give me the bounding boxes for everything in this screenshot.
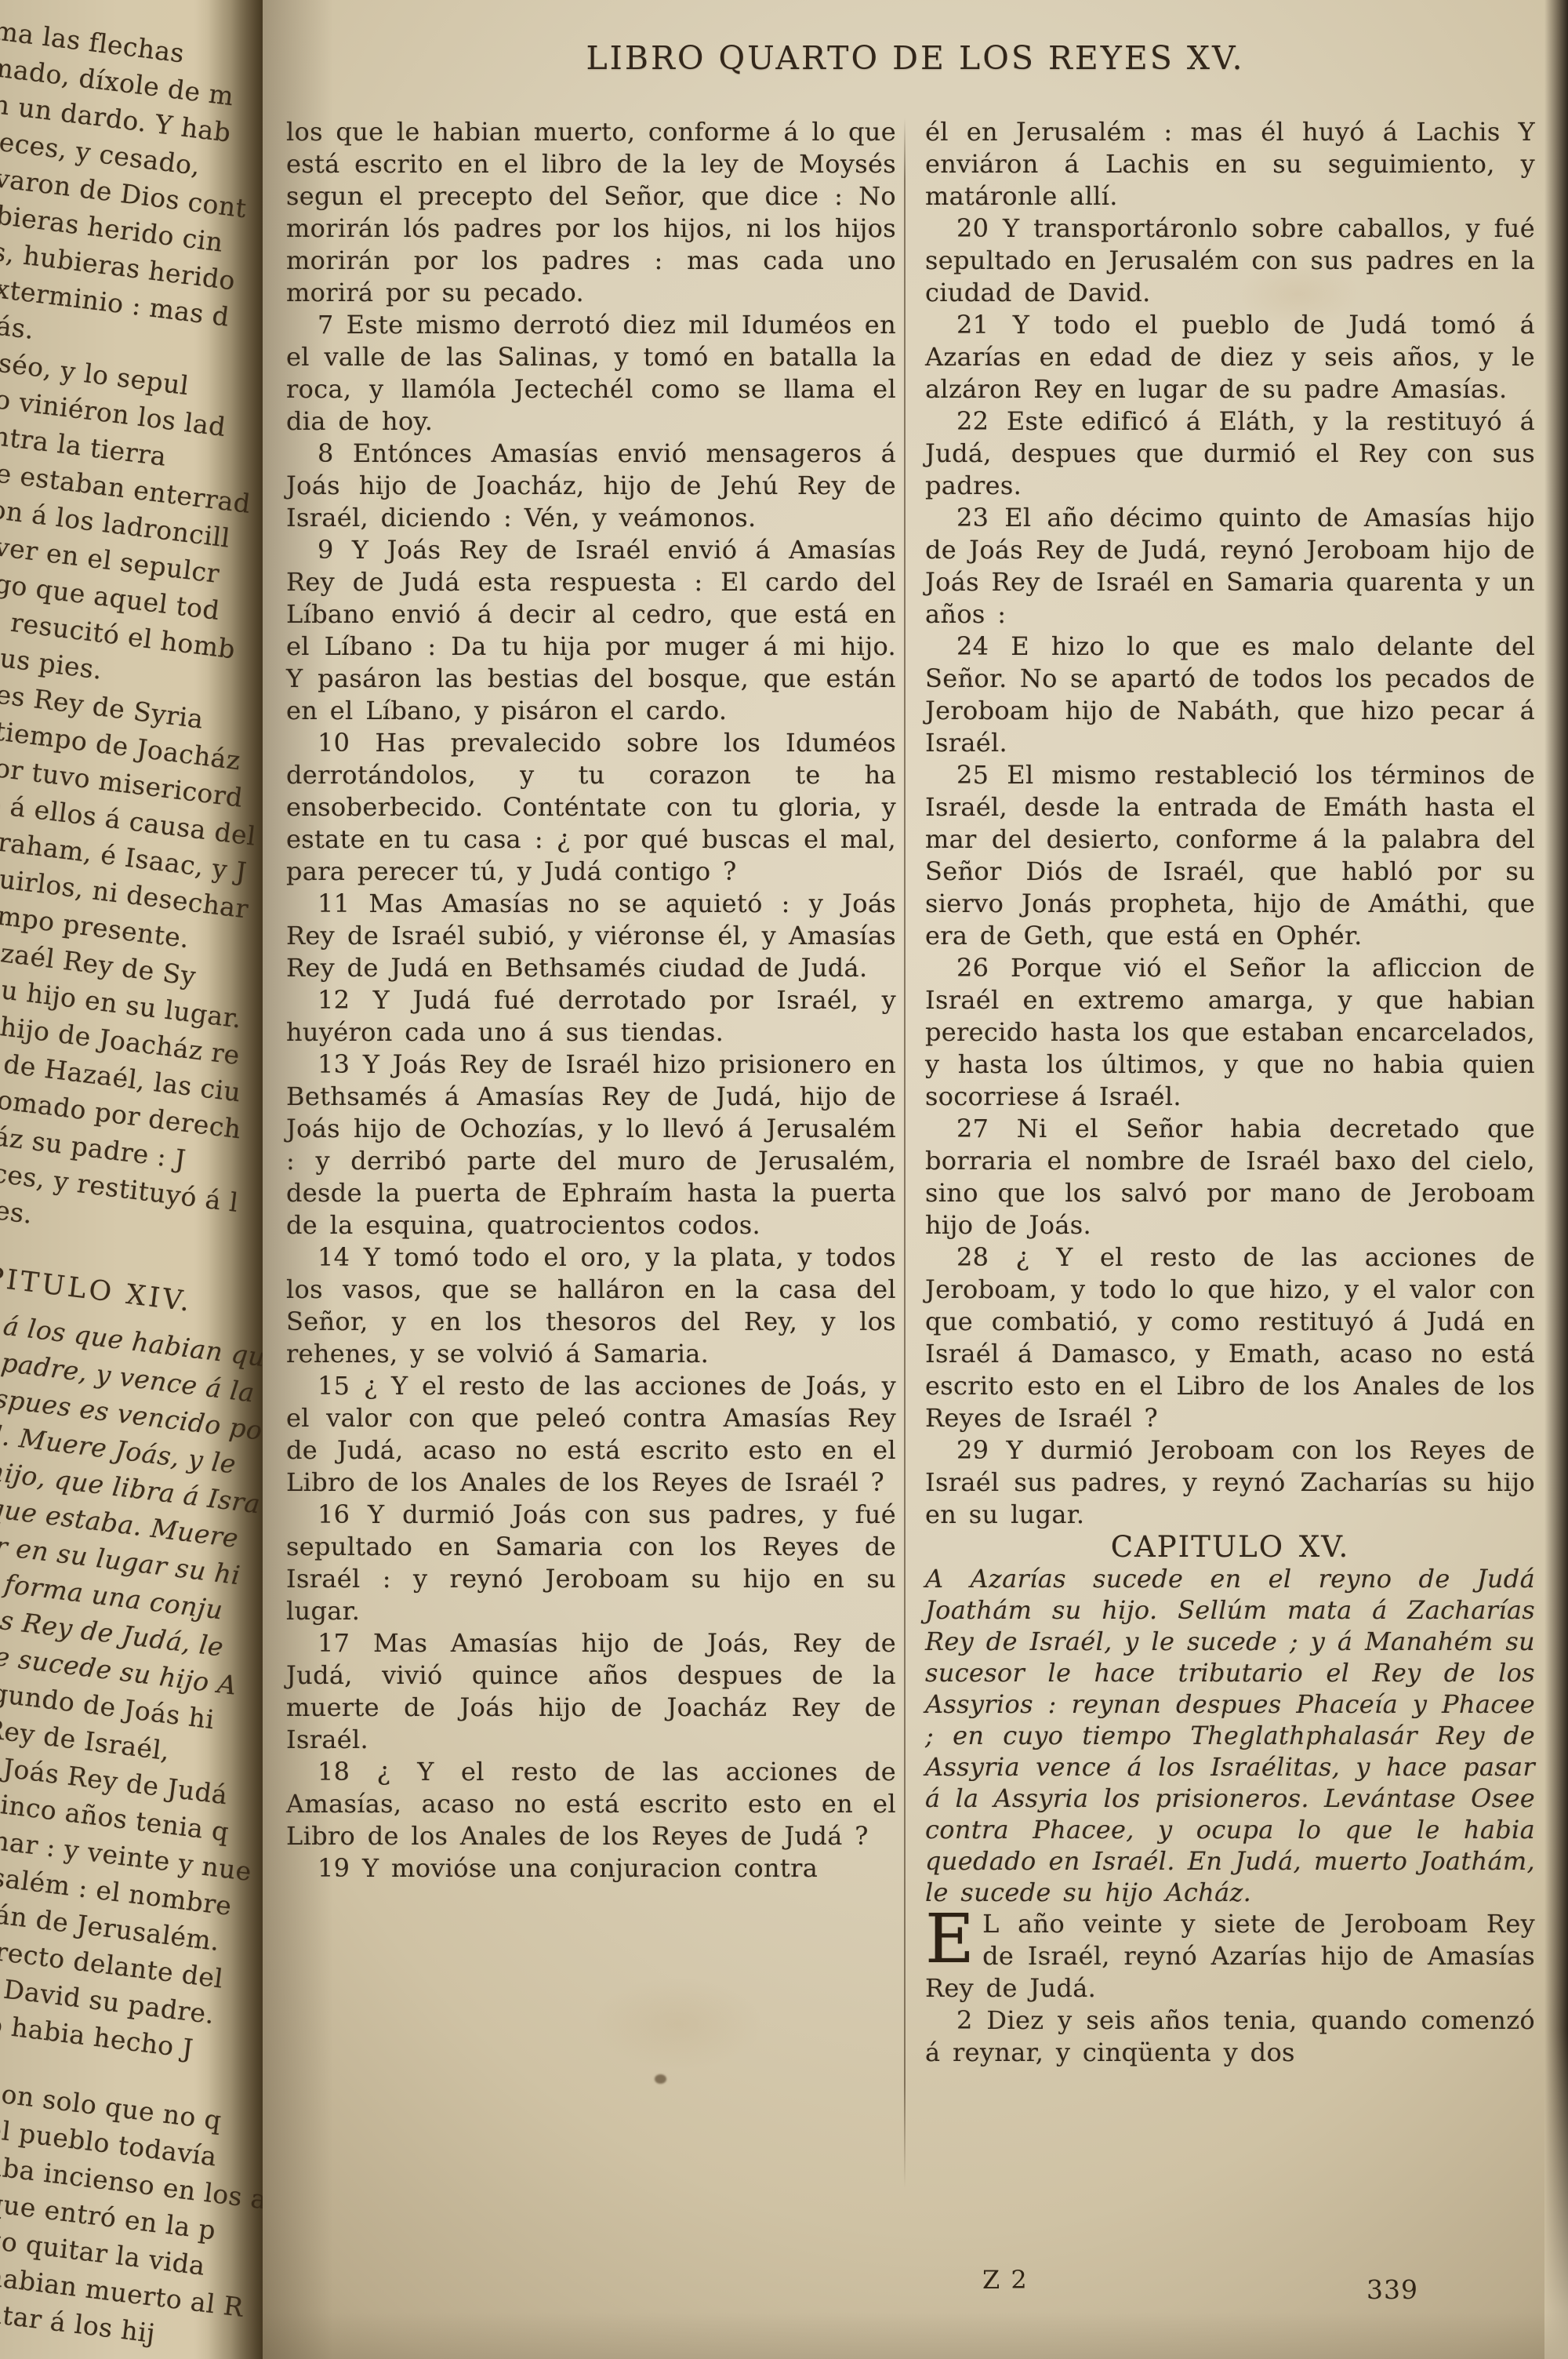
verse-paragraph: 24 E hizo lo que es malo delante del Señ… [925,631,1535,759]
verse-paragraph: 12 Y Judá fué derrotado por Israél, y hu… [286,984,896,1049]
left-column: los que le habian muerto, conforme á lo … [286,116,896,1885]
verse-paragraph: 18 ¿ Y el resto de las acciones de Amasí… [286,1756,896,1852]
drop-cap-initial: E [925,1912,975,1967]
verse-paragraph: él en Jerusalém : mas él huyó á Lachis Y… [925,116,1535,213]
chapter-heading: CAPITULO XV. [925,1531,1535,1563]
verse-paragraph: 25 El mismo restableció los términos de … [925,759,1535,952]
verse-paragraph-dropcap: EL año veinte y siete de Jeroboam Rey de… [925,1908,1535,2005]
verse-paragraph: 22 Este edificó á Eláth, y la restituyó … [925,405,1535,502]
signature-mark: Z 2 [982,2265,1029,2295]
book-page-scan: Toma las flechastomado, díxole de mcon u… [0,0,1568,2359]
drop-cap-text: L año veinte y siete de Jeroboam Rey de … [925,1909,1535,2003]
verse-paragraph: 26 Porque vió el Señor la afliccion de I… [925,952,1535,1113]
verse-paragraph: 21 Y todo el pueblo de Judá tomó á Azarí… [925,309,1535,405]
verse-paragraph: 13 Y Joás Rey de Israél hizo prisionero … [286,1049,896,1241]
binding-shadow [1544,0,1568,2359]
prev-page-text-line: APITULO XIV. [0,1259,194,1318]
verse-paragraph: 9 Y Joás Rey de Israél envió á Amasías R… [286,534,896,727]
verse-paragraph: 28 ¿ Y el resto de las acciones de Jerob… [925,1241,1535,1434]
page-surface: LIBRO QUARTO DE LOS REYES XV. los que le… [263,0,1568,2359]
verse-paragraph: 16 Y durmió Joás con sus padres, y fué s… [286,1499,896,1627]
verse-paragraph: 11 Mas Amasías no se aquietó : y Joás Re… [286,888,896,984]
previous-page-edge: Toma las flechastomado, díxole de mcon u… [0,0,263,2359]
verse-paragraph: los que le habian muerto, conforme á lo … [286,116,896,309]
running-header: LIBRO QUARTO DE LOS REYES XV. [263,39,1568,77]
verse-paragraph: 20 Y transportáronlo sobre caballos, y f… [925,213,1535,309]
paper-stain [592,1976,764,2070]
verse-paragraph: 14 Y tomó todo el oro, y la plata, y tod… [286,1241,896,1370]
right-column-verses: él en Jerusalém : mas él huyó á Lachis Y… [925,116,1535,1531]
prev-page-text-line: ades. [0,1190,34,1230]
right-column: él en Jerusalém : mas él huyó á Lachis Y… [925,116,1535,2069]
verse-paragraph: 15 ¿ Y el resto de las acciones de Joás,… [286,1370,896,1499]
verse-paragraph: 23 El año décimo quinto de Amasías hijo … [925,502,1535,631]
gutter-shadow [208,0,263,2359]
verse-paragraph: 10 Has prevalecido sobre los Iduméos der… [286,727,896,888]
ink-spot [655,2074,666,2084]
binding-shadow-fade [1544,2030,1568,2359]
verse-paragraph: 2 Diez y seis años tenia, quando comenzó… [925,2005,1535,2069]
verse-paragraph: 19 Y movióse una conjuracion contra [286,1852,896,1885]
page-number: 339 [1367,2274,1418,2305]
verse-paragraph: 7 Este mismo derrotó diez mil Iduméos en… [286,309,896,438]
verse-paragraph: 29 Y durmió Jeroboam con los Reyes de Is… [925,1434,1535,1531]
column-divider-rule [904,118,906,2188]
verse-paragraph: 8 Entónces Amasías envió mensageros á Jo… [286,438,896,534]
prev-page-text-line: rirás. [0,306,36,345]
verse-paragraph: 17 Mas Amasías hijo de Joás, Rey de Judá… [286,1627,896,1756]
chapter-summary: A Azarías sucede en el reyno de Judá Joa… [925,1563,1535,1908]
verse-paragraph: 27 Ni el Señor habia decretado que borra… [925,1113,1535,1241]
